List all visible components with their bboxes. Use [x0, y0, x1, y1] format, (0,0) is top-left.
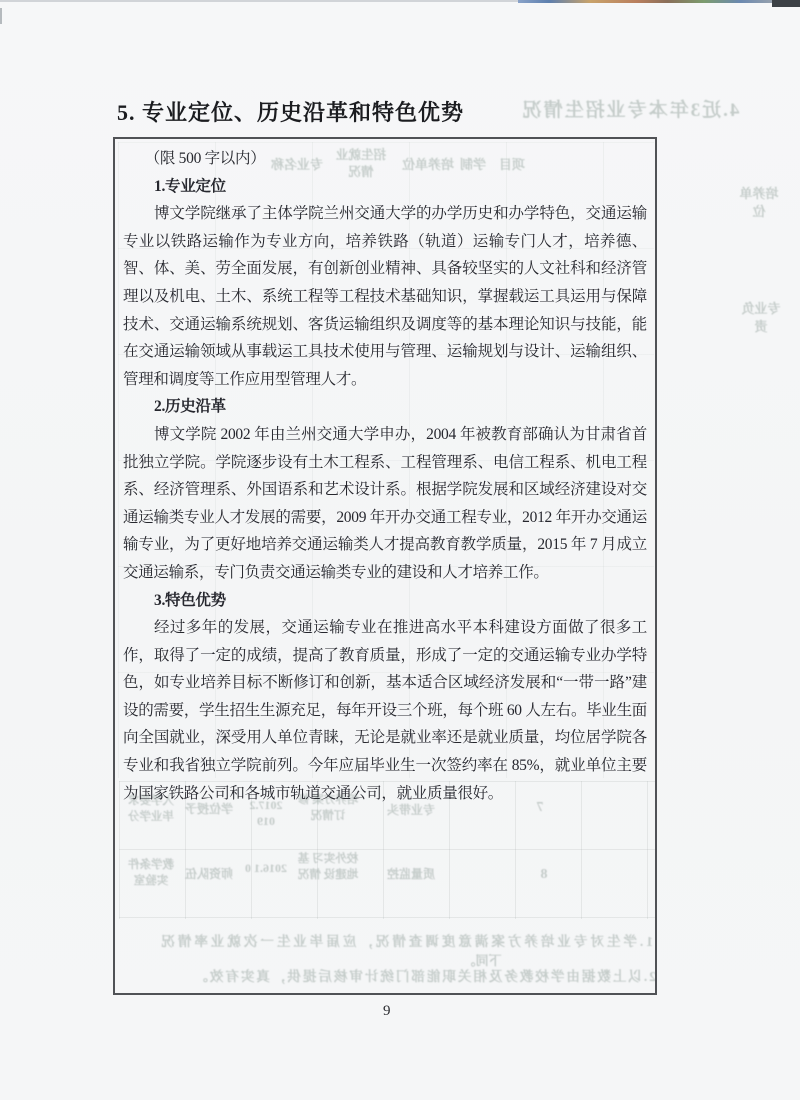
- scan-artifact-rainbow-strip: [518, 0, 776, 3]
- section-body-features: 经过多年的发展，交通运输专业在推进高水平本科建设方面做了很多工作，取得了一定的成…: [123, 614, 647, 807]
- scan-artifact-left-edge-mark: [0, 8, 2, 24]
- section-body-positioning: 博文学院继承了主体学院兰州交通大学的办学历史和办学特色，交通运输专业以铁路运输作…: [123, 200, 647, 393]
- content-box: （限 500 字以内） 1.专业定位 博文学院继承了主体学院兰州交通大学的办学历…: [113, 137, 657, 995]
- page-title: 5. 专业定位、历史沿革和特色优势: [117, 96, 464, 127]
- bleed-table-heading: 4.近3年本专业招生情况: [480, 98, 780, 124]
- page-number: 9: [383, 1003, 391, 1020]
- bleed-side-mark: 培养单位: [735, 185, 783, 220]
- bleed-side-mark: 专业负责: [737, 300, 785, 335]
- section-body-history: 博文学院 2002 年由兰州交通大学申办，2004 年被教育部确认为甘肃省首批独…: [123, 421, 647, 587]
- section-heading-history: 2.历史沿革: [123, 393, 647, 421]
- scan-artifact-corner-mark: [772, 0, 800, 7]
- document-page: { "page": { "title": "5. 专业定位、历史沿革和特色优势"…: [0, 0, 800, 1100]
- section-heading-positioning: 1.专业定位: [123, 173, 647, 201]
- section-heading-features: 3.特色优势: [123, 587, 647, 615]
- word-limit-note: （限 500 字以内）: [123, 145, 647, 173]
